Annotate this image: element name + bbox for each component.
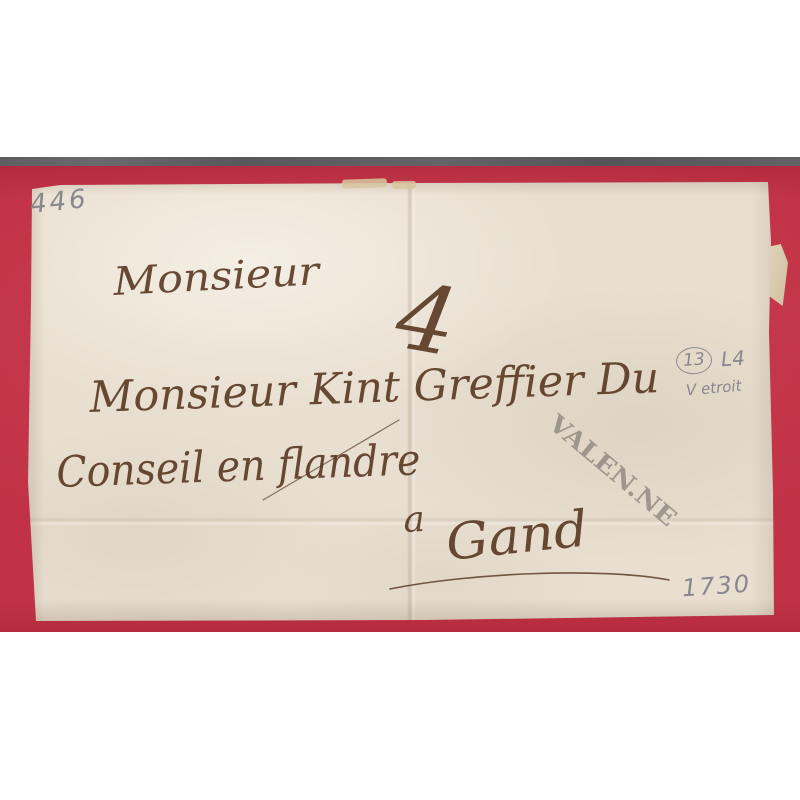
manuscript-addressee-line: Monsieur Kint Greffier Du (88, 353, 660, 423)
pencil-collection-number: 446 (29, 186, 90, 218)
pencil-catalog-marks: 13 L4 (675, 344, 746, 376)
handwriting-overlay: Monsieur 4 Monsieur Kint Greffier Du Con… (0, 0, 800, 800)
gand-underline-flourish (390, 573, 669, 589)
pencil-year-note: 1730 (681, 572, 752, 601)
manuscript-conseil-line: Conseil en flandre (56, 435, 422, 498)
pencil-circled-number: 13 (675, 346, 713, 375)
pencil-catalog-code: L4 (720, 347, 745, 369)
manuscript-a-prefix: a (402, 499, 426, 541)
manuscript-destination-city: Gand (443, 499, 590, 572)
manuscript-salutation: Monsieur (111, 249, 323, 305)
photo: Monsieur 4 Monsieur Kint Greffier Du Con… (0, 0, 800, 800)
